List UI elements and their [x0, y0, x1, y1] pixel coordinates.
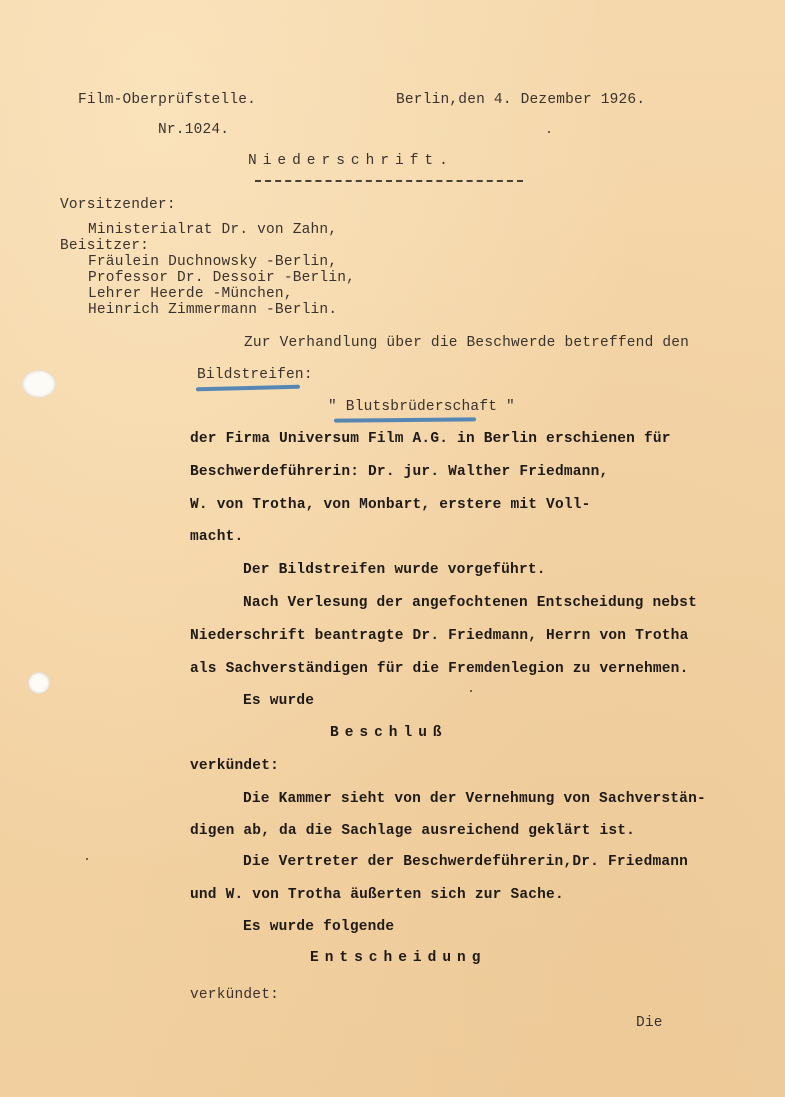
para3-line2: Niederschrift beantragte Dr. Friedmann, … [190, 627, 688, 645]
para6-line2: und W. von Trotha äußerten sich zur Sach… [190, 886, 564, 904]
punch-hole-bottom [28, 672, 50, 694]
para1-line4: macht. [190, 528, 243, 546]
para7: Es wurde folgende [243, 918, 394, 936]
heading-beschluss: Beschluß [330, 724, 448, 742]
para6-line1: Die Vertreter der Beschwerdeführerin,Dr.… [243, 853, 688, 871]
title-underline [255, 180, 523, 182]
assessor: Heinrich Zimmermann -Berlin. [88, 301, 337, 319]
heading-entscheidung: Entscheidung [310, 949, 486, 967]
para3-line1: Nach Verlesung der angefochtenen Entsche… [243, 594, 697, 612]
film-title: " Blutsbrüderschaft " [328, 398, 515, 416]
para1-line1: der Firma Universum Film A.G. in Berlin … [190, 430, 671, 448]
ink-speck [470, 690, 472, 692]
film-label: Bildstreifen: [197, 366, 313, 384]
document-page: Film-Oberprüfstelle. Berlin,den 4. Dezem… [0, 0, 785, 1097]
ink-speck [548, 131, 550, 133]
blue-underline-film-title [334, 417, 476, 422]
place-date: Berlin,den 4. Dezember 1926. [396, 91, 645, 109]
blue-underline-film-label [196, 385, 300, 392]
punch-hole-top [22, 370, 56, 398]
para5-line1: Die Kammer sieht von der Vernehmung von … [243, 790, 706, 808]
announced-2: verkündet: [190, 986, 279, 1004]
catchword: Die [636, 1014, 663, 1032]
para3-line3: als Sachverständigen für die Fremdenlegi… [190, 660, 688, 678]
para1-line2: Beschwerdeführerin: Dr. jur. Walther Fri… [190, 463, 608, 481]
office-name: Film-Oberprüfstelle. [78, 91, 256, 109]
announced-1: verkündet: [190, 757, 279, 775]
chair-label: Vorsitzender: [60, 196, 176, 214]
para5-line2: digen ab, da die Sachlage ausreichend ge… [190, 822, 635, 840]
para4: Es wurde [243, 692, 314, 710]
para2: Der Bildstreifen wurde vorgeführt. [243, 561, 546, 579]
intro-text: Zur Verhandlung über die Beschwerde betr… [244, 334, 689, 352]
document-title: Niederschrift. [248, 152, 454, 170]
ink-speck [86, 858, 88, 860]
para1-line3: W. von Trotha, von Monbart, erstere mit … [190, 496, 591, 514]
document-number: Nr.1024. [158, 121, 229, 139]
